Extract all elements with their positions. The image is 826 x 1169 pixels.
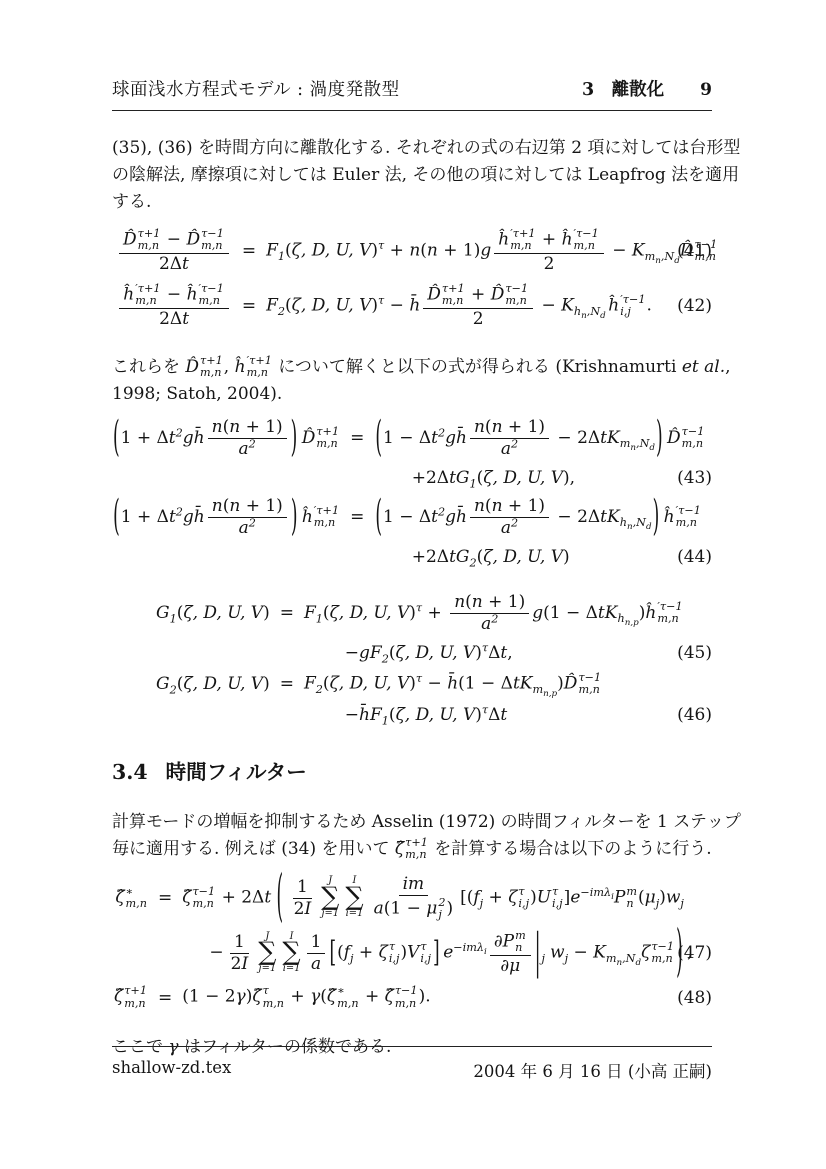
equation-rhs: (1 − Δt2gh̄n(n + 1)a2 − 2ΔtKhn,Nd)ĥ′τ−1m… [374,497,702,538]
text-line: する. [112,189,712,216]
equation-rhs: ζ̂τ−1m,n + 2Δt(12IJ∑j=1I∑i=1ima(1 − μ2j)… [182,875,684,921]
equation-lhs: ζ̂τ+1m,n [114,985,148,1009]
equation-rhs: F2(ζ, D, U, V)τ − h̄(1 − ΔtKmn,p)D̂τ−1m,… [304,672,602,696]
equals-sign: = [340,507,374,527]
text-line: (35), (36) を時間方向に離散化する. それぞれの式の右辺第 2 項に対… [112,135,712,162]
equation-rhs: (1 − Δt2gh̄n(n + 1)a2 − 2ΔtKmn,Nd)D̂τ−1m… [374,418,705,459]
equation-lhs: ζ̂∗m,n [115,886,148,910]
equals-sign: = [340,428,374,448]
page-number: 9 [700,80,712,100]
paragraph-solve-intro: これらを D̂τ+1m,n, ĥ′τ+1m,n について解くと以下の式が得られる… [112,354,712,408]
equation-lhs: G1(ζ, D, U, V) [156,603,270,623]
equation-group-43-44: (1 + Δt2gh̄n(n + 1)a2)D̂τ+1m,n=(1 − Δt2g… [112,418,712,567]
equals-sign: = [148,988,182,1008]
equation-lhs: (1 + Δt2gh̄n(n + 1)a2)ĥ′τ+1m,n [112,497,340,538]
equation-rhs: F1(ζ, D, U, V)τ + n(n + 1)a2g(1 − ΔtKhn,… [304,593,684,634]
equation-group-47-48: ζ̂∗m,n=ζ̂τ−1m,n + 2Δt(12IJ∑j=1I∑i=1ima(1… [114,875,712,1010]
running-title: 球面浅水方程式モデル : 渦度発散型 [112,76,400,101]
paragraph-discretization-intro: (35), (36) を時間方向に離散化する. それぞれの式の右辺第 2 項に対… [112,135,712,216]
text-line: 1998; Satoh, 2004). [112,381,712,408]
equation-number: (44) [671,547,712,567]
equation-lhs: D̂τ+1m,n − D̂τ−1m,n2Δt [116,228,232,274]
equation-number: (45) [671,643,712,663]
equation-group-41-42: D̂τ+1m,n − D̂τ−1m,n2Δt=F1(ζ, D, U, V)τ +… [116,228,712,330]
text-line: これらを D̂τ+1m,n, ĥ′τ+1m,n について解くと以下の式が得られる… [112,354,712,381]
equation-lhs: ĥ′τ+1m,n − ĥ′τ−1m,n2Δt [116,283,232,329]
footer-date: 2004 年 6 月 16 日 (小高 正嗣) [473,1058,712,1082]
footer-filename: shallow-zd.tex [112,1058,231,1082]
equals-sign: = [232,296,266,316]
page-content: 球面浅水方程式モデル : 渦度発散型 3 離散化 9 (35), (36) を時… [112,0,712,1061]
equation-number: (41) [671,241,712,261]
equation-number: (48) [671,988,712,1008]
text-line: 計算モードの増幅を抑制するため Asselin (1972) の時間フィルターを… [112,809,712,836]
equation-rhs: (1 − 2γ)ζ̂τm,n + γ(ζ̂∗m,n + ζ̂τ−1m,n). [182,985,430,1009]
document-page: 球面浅水方程式モデル : 渦度発散型 3 離散化 9 (35), (36) を時… [0,0,826,1169]
equation-rhs: F2(ζ, D, U, V)τ − h̄D̂τ+1m,n + D̂τ−1m,n2… [266,283,652,329]
page-footer: shallow-zd.tex 2004 年 6 月 16 日 (小高 正嗣) [112,1046,712,1082]
equals-sign: = [148,888,182,908]
equation-rhs: −gF2(ζ, D, U, V)τΔt, [304,643,513,663]
equation-rhs: −12IJ∑j=1I∑i=11a[(fj + ζτi,j)Vτi,j]e−imλ… [182,930,692,976]
paragraph-time-filter-intro: 計算モードの増幅を抑制するため Asselin (1972) の時間フィルターを… [112,809,712,863]
equation-rhs: −h̄F1(ζ, D, U, V)τΔt [304,705,507,725]
section-number: 3.4 [112,760,148,784]
section-title: 時間フィルター [166,760,307,784]
equation-number: (43) [671,468,712,488]
equation-lhs: G2(ζ, D, U, V) [156,674,270,694]
equation-lhs: (1 + Δt2gh̄n(n + 1)a2)D̂τ+1m,n [112,418,340,459]
section-heading: 3.4時間フィルター [112,755,712,785]
equals-sign: = [232,241,266,261]
equals-sign: = [270,674,304,694]
text-line: の陰解法, 摩擦項に対しては Euler 法, その他の項に対しては Leapf… [112,162,712,189]
text-line: 毎に適用する. 例えば (34) を用いて ζ̂τ+1m,n を計算する場合は以… [112,836,712,863]
equation-number: (46) [671,705,712,725]
equals-sign: = [270,603,304,623]
equation-rhs: +2ΔtG1(ζ, D, U, V), [374,468,575,488]
header-right-group: 3 離散化 9 [582,76,712,101]
equation-rhs: +2ΔtG2(ζ, D, U, V) [374,547,569,567]
header-section-label: 3 離散化 [582,76,664,101]
equation-number: (42) [671,296,712,316]
page-header: 球面浅水方程式モデル : 渦度発散型 3 離散化 9 [112,76,712,111]
equation-group-45-46: G1(ζ, D, U, V)=F1(ζ, D, U, V)τ + n(n + 1… [156,593,712,725]
equation-rhs: F1(ζ, D, U, V)τ + n(n + 1)gĥ′τ+1m,n + ĥ′… [266,228,718,274]
